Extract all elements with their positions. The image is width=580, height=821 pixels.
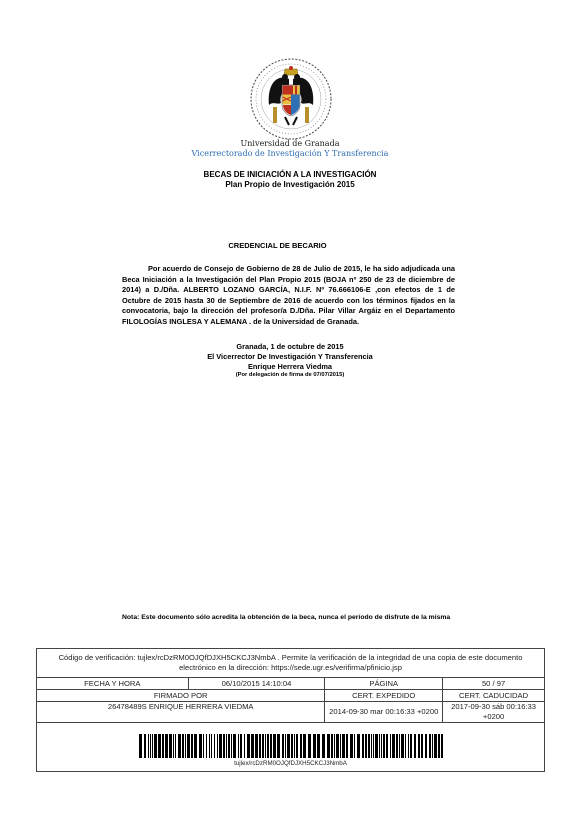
vicerrectorado-name: Vicerrectorado de Investigación Y Transf… — [0, 149, 580, 158]
verification-code-text: Código de verificación: tujlex/rcDzRM0OJ… — [37, 649, 545, 678]
firmante-value: 26478489S ENRIQUE HERRERA VIEDMA — [37, 702, 325, 723]
verification-table: Código de verificación: tujlex/rcDzRM0OJ… — [36, 648, 545, 772]
barcode-cell: tujlex/rcDzRM0OJQfDJXH5CKCJ3NmbA — [37, 723, 545, 772]
cert-caducidad-value: 2017-09-30 sáb 00:16:33 +0200 — [443, 702, 545, 723]
document-subtitle: Plan Propio de Investigación 2015 — [0, 180, 580, 189]
place-date: Granada, 1 de octubre de 2015 — [0, 342, 580, 352]
barcode-icon — [139, 734, 443, 758]
cert-caducidad-label: CERT. CADUCIDAD — [443, 690, 545, 702]
firmado-label: FIRMADO POR — [37, 690, 325, 702]
fecha-value: 06/10/2015 14:10:04 — [188, 678, 325, 690]
footnote: Nota: Este documento sólo acredita la ob… — [122, 613, 462, 623]
university-crest-icon — [245, 57, 337, 141]
pagina-value: 50 / 97 — [443, 678, 545, 690]
credential-body-text: Por acuerdo de Consejo de Gobierno de 28… — [122, 264, 455, 326]
cert-expedido-value: 2014-09-30 mar 00:16:33 +0200 — [325, 702, 443, 723]
credential-body: Por acuerdo de Consejo de Gobierno de 28… — [122, 264, 455, 328]
signer-title: El Vicerrector De Investigación Y Transf… — [0, 352, 580, 362]
pagina-label: PÁGINA — [325, 678, 443, 690]
fecha-label: FECHA Y HORA — [37, 678, 189, 690]
signer-name: Enrique Herrera Viedma — [0, 362, 580, 372]
delegation-note: (Por delegación de firma de 07/07/2015) — [0, 371, 580, 381]
cert-expedido-label: CERT. EXPEDIDO — [325, 690, 443, 702]
university-name: Universidad de Granada — [0, 139, 580, 148]
document-title: BECAS DE INICIACIÓN A LA INVESTIGACIÓN — [0, 170, 580, 179]
signature-block: Granada, 1 de octubre de 2015 El Vicerre… — [0, 342, 580, 381]
credential-heading: CREDENCIAL DE BECARIO — [0, 241, 555, 250]
barcode-text: tujlex/rcDzRM0OJQfDJXH5CKCJ3NmbA — [39, 759, 542, 769]
